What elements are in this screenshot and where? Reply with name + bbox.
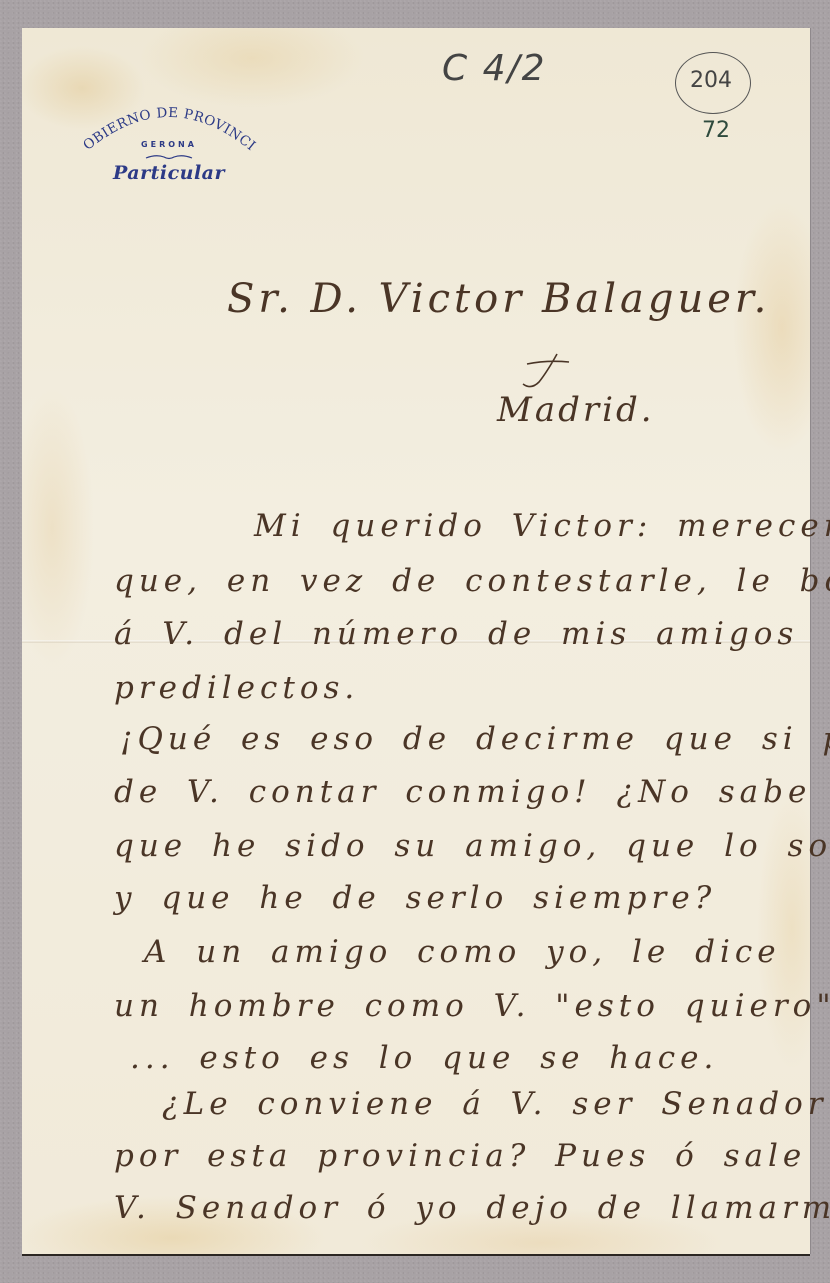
body-line: un hombre como V. "esto quiero" y [114, 988, 830, 1024]
recipient-name: Sr. D. Victor Balaguer. [227, 276, 770, 322]
letterhead-city: GERONA [74, 140, 264, 149]
body-line: que he sido su amigo, que lo soy [114, 828, 830, 864]
body-line: A un amigo como yo, le dice [144, 934, 781, 970]
body-line: ¡Qué es eso de decirme que si pue- [120, 721, 830, 757]
body-line: predilectos. [114, 670, 359, 706]
letter-paper: GOBIERNO DE PROVINCIA GERONA Particular … [22, 28, 810, 1254]
letterhead-kind: Particular [74, 162, 264, 184]
letterhead-stamp: GOBIERNO DE PROVINCIA GERONA Particular [74, 90, 264, 200]
body-line: á V. del número de mis amigos [114, 616, 798, 652]
body-line: y que he de serlo siempre? [114, 880, 716, 916]
archive-reference: C 4/2 [442, 48, 547, 89]
body-line: V. Senador ó yo dejo de llamarme [114, 1190, 830, 1226]
flourish-icon [517, 350, 577, 390]
body-line: ... esto es lo que se hace. [130, 1040, 718, 1076]
body-line: ¿Le conviene á V. ser Senador [162, 1086, 828, 1122]
archive-folio: 72 [702, 118, 730, 143]
body-line: que, en vez de contestarle, le borrase [114, 563, 830, 599]
body-line: de V. contar conmigo! ¿No sabe V. [114, 774, 830, 810]
recipient-city: Madrid. [497, 390, 655, 430]
body-line: por esta provincia? Pues ó sale [114, 1138, 806, 1174]
ornament-swash-icon [144, 153, 194, 161]
letterhead-arc-icon: GOBIERNO DE PROVINCIA [74, 90, 264, 160]
archive-number: 204 [690, 68, 732, 93]
body-line: Mi querido Victor: merecería V. [254, 508, 830, 544]
